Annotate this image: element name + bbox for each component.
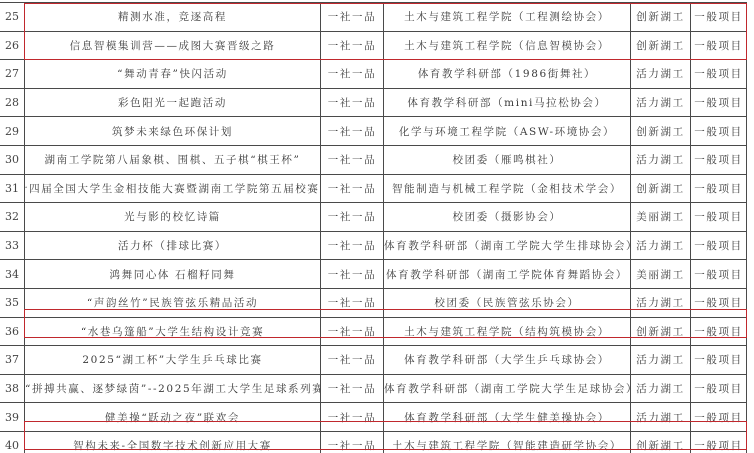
cell-category[interactable]: 一社一品 xyxy=(321,346,384,375)
table-row: 38“拼搏共赢、逐梦绿茵”--2025年湖工大学生足球系列赛事一社一品体育教学科… xyxy=(0,374,747,403)
cell-organizer[interactable]: 体育教学科研部（湖南工学院大学生足球协会） xyxy=(384,374,631,403)
cell-organizer[interactable]: 校团委（雁鸣棋社） xyxy=(384,145,631,174)
cell-number[interactable]: 37 xyxy=(0,346,25,375)
cell-category[interactable]: 一社一品 xyxy=(321,317,384,346)
cell-category[interactable]: 一社一品 xyxy=(321,31,384,60)
cell-project-name[interactable]: “声韵丝竹”民族管弦乐精品活动 xyxy=(25,288,321,317)
cell-level[interactable]: 一般项目 xyxy=(691,346,747,375)
table-row: 32光与影的校忆诗篇一社一品校团委（摄影协会）美丽湖工一般项目 xyxy=(0,203,747,232)
cell-level[interactable]: 一般项目 xyxy=(691,117,747,146)
cell-project-name[interactable]: 活力杯（排球比赛） xyxy=(25,231,321,260)
cell-theme[interactable]: 活力湖工 xyxy=(631,231,691,260)
cell-category[interactable]: 一社一品 xyxy=(321,88,384,117)
cell-theme[interactable]: 活力湖工 xyxy=(631,88,691,117)
cell-organizer[interactable]: 智能制造与机械工程学院（金相技术学会） xyxy=(384,174,631,203)
cell-number[interactable]: 39 xyxy=(0,403,25,432)
table-row: 35“声韵丝竹”民族管弦乐精品活动一社一品校团委（民族管弦乐协会）活力湖工一般项… xyxy=(0,288,747,317)
cell-category[interactable]: 一社一品 xyxy=(321,288,384,317)
cell-category[interactable]: 一社一品 xyxy=(321,145,384,174)
cell-project-name[interactable]: 筑梦未来绿色环保计划 xyxy=(25,117,321,146)
cell-organizer[interactable]: 体育教学科研部（大学生健美操协会） xyxy=(384,403,631,432)
cell-organizer[interactable]: 体育教学科研部（1986街舞社） xyxy=(384,60,631,89)
cell-project-name[interactable]: “舞动青春”快闪活动 xyxy=(25,60,321,89)
table-row: 27“舞动青春”快闪活动一社一品体育教学科研部（1986街舞社）活力湖工一般项目 xyxy=(0,60,747,89)
cell-number[interactable]: 31 xyxy=(0,174,25,203)
cell-number[interactable]: 38 xyxy=(0,374,25,403)
cell-category[interactable]: 一社一品 xyxy=(321,60,384,89)
cell-project-name[interactable]: “拼搏共赢、逐梦绿茵”--2025年湖工大学生足球系列赛事 xyxy=(25,374,321,403)
cell-organizer[interactable]: 校团委（民族管弦乐协会） xyxy=(384,288,631,317)
table-row: 28彩色阳光一起跑活动一社一品体育教学科研部（mini马拉松协会）活力湖工一般项… xyxy=(0,88,747,117)
cell-theme[interactable]: 活力湖工 xyxy=(631,403,691,432)
table-row: 40智构未来-全国数字技术创新应用大赛一社一品土木与建筑工程学院（智能建造研学协… xyxy=(0,431,747,453)
table-row: 39健美操“跃动之夜”联欢会一社一品体育教学科研部（大学生健美操协会）活力湖工一… xyxy=(0,403,747,432)
cell-theme[interactable]: 活力湖工 xyxy=(631,288,691,317)
cell-project-name[interactable]: 十四届全国大学生金相技能大赛暨湖南工学院第五届校赛选拔 xyxy=(25,174,321,203)
cell-number[interactable]: 35 xyxy=(0,288,25,317)
cell-category[interactable]: 一社一品 xyxy=(321,174,384,203)
cell-level[interactable]: 一般项目 xyxy=(691,60,747,89)
cell-project-name[interactable]: 光与影的校忆诗篇 xyxy=(25,203,321,232)
cell-number[interactable]: 36 xyxy=(0,317,25,346)
cell-organizer[interactable]: 校团委（摄影协会） xyxy=(384,203,631,232)
page-margin xyxy=(747,0,754,453)
project-table: 25精测水准，竞逐高程一社一品土木与建筑工程学院（工程测绘协会）创新湖工一般项目… xyxy=(0,2,747,453)
cell-theme[interactable]: 创新湖工 xyxy=(631,317,691,346)
cell-number[interactable]: 28 xyxy=(0,88,25,117)
cell-level[interactable]: 一般项目 xyxy=(691,203,747,232)
cell-level[interactable]: 一般项目 xyxy=(691,403,747,432)
cell-organizer[interactable]: 体育教学科研部（湖南工学院大学生排球协会） xyxy=(384,231,631,260)
cell-level[interactable]: 一般项目 xyxy=(691,431,747,453)
table-body: 25精测水准，竞逐高程一社一品土木与建筑工程学院（工程测绘协会）创新湖工一般项目… xyxy=(0,3,747,453)
cell-level[interactable]: 一般项目 xyxy=(691,288,747,317)
cell-theme[interactable]: 美丽湖工 xyxy=(631,203,691,232)
cell-organizer[interactable]: 土木与建筑工程学院（信息智模协会） xyxy=(384,31,631,60)
table-row: 29筑梦未来绿色环保计划一社一品化学与环境工程学院（ASW-环境协会）创新湖工一… xyxy=(0,117,747,146)
cell-theme[interactable]: 活力湖工 xyxy=(631,374,691,403)
cell-level[interactable]: 一般项目 xyxy=(691,374,747,403)
cell-level[interactable]: 一般项目 xyxy=(691,260,747,289)
table-row: 372025“湖工杯”大学生乒乓球比赛一社一品体育教学科研部（大学生乒乓球协会）… xyxy=(0,346,747,375)
cell-level[interactable]: 一般项目 xyxy=(691,88,747,117)
cell-level[interactable]: 一般项目 xyxy=(691,231,747,260)
cell-level[interactable]: 一般项目 xyxy=(691,317,747,346)
cell-category[interactable]: 一社一品 xyxy=(321,431,384,453)
cell-organizer[interactable]: 化学与环境工程学院（ASW-环境协会） xyxy=(384,117,631,146)
cell-project-name[interactable]: 精测水准，竞逐高程 xyxy=(25,3,321,32)
cell-level[interactable]: 一般项目 xyxy=(691,145,747,174)
cell-organizer[interactable]: 体育教学科研部（mini马拉松协会） xyxy=(384,88,631,117)
cell-number[interactable]: 27 xyxy=(0,60,25,89)
cell-category[interactable]: 一社一品 xyxy=(321,3,384,32)
table-row: 30湖南工学院第八届象棋、围棋、五子棋“棋王杯”一社一品校团委（雁鸣棋社）活力湖… xyxy=(0,145,747,174)
cell-project-name[interactable]: 鸿舞同心体 石榴籽同舞 xyxy=(25,260,321,289)
table-row: 34鸿舞同心体 石榴籽同舞一社一品体育教学科研部（湖南工学院体育舞蹈协会）美丽湖… xyxy=(0,260,747,289)
cell-level[interactable]: 一般项目 xyxy=(691,3,747,32)
cell-category[interactable]: 一社一品 xyxy=(321,260,384,289)
cell-text: 十四届全国大学生金相技能大赛暨湖南工学院第五届校赛选拔 xyxy=(25,181,321,196)
cell-number[interactable]: 32 xyxy=(0,203,25,232)
cell-organizer[interactable]: 土木与建筑工程学院（结构筑模协会） xyxy=(384,317,631,346)
cell-project-name[interactable]: 智构未来-全国数字技术创新应用大赛 xyxy=(25,431,321,453)
table-row: 26信息智模集训营——成图大赛晋级之路一社一品土木与建筑工程学院（信息智模协会）… xyxy=(0,31,747,60)
cell-theme[interactable]: 活力湖工 xyxy=(631,346,691,375)
cell-number[interactable]: 40 xyxy=(0,431,25,453)
cell-number[interactable]: 34 xyxy=(0,260,25,289)
table-row: 25精测水准，竞逐高程一社一品土木与建筑工程学院（工程测绘协会）创新湖工一般项目 xyxy=(0,3,747,32)
cell-level[interactable]: 一般项目 xyxy=(691,174,747,203)
cell-theme[interactable]: 创新湖工 xyxy=(631,3,691,32)
cell-theme[interactable]: 创新湖工 xyxy=(631,174,691,203)
cell-category[interactable]: 一社一品 xyxy=(321,403,384,432)
cell-theme[interactable]: 活力湖工 xyxy=(631,60,691,89)
cell-theme[interactable]: 活力湖工 xyxy=(631,145,691,174)
cell-theme[interactable]: 创新湖工 xyxy=(631,431,691,453)
table-row: 33活力杯（排球比赛）一社一品体育教学科研部（湖南工学院大学生排球协会）活力湖工… xyxy=(0,231,747,260)
cell-project-name[interactable]: 健美操“跃动之夜”联欢会 xyxy=(25,403,321,432)
cell-level[interactable]: 一般项目 xyxy=(691,31,747,60)
table-row: 36“水巷乌篷船”大学生结构设计竞赛一社一品土木与建筑工程学院（结构筑模协会）创… xyxy=(0,317,747,346)
cell-theme[interactable]: 创新湖工 xyxy=(631,117,691,146)
cell-category[interactable]: 一社一品 xyxy=(321,231,384,260)
cell-project-name[interactable]: 湖南工学院第八届象棋、围棋、五子棋“棋王杯” xyxy=(25,145,321,174)
cell-category[interactable]: 一社一品 xyxy=(321,117,384,146)
cell-theme[interactable]: 美丽湖工 xyxy=(631,260,691,289)
cell-number[interactable]: 26 xyxy=(0,31,25,60)
cell-theme[interactable]: 创新湖工 xyxy=(631,31,691,60)
cell-project-name[interactable]: 彩色阳光一起跑活动 xyxy=(25,88,321,117)
cell-number[interactable]: 33 xyxy=(0,231,25,260)
cell-number[interactable]: 29 xyxy=(0,117,25,146)
cell-project-name[interactable]: 2025“湖工杯”大学生乒乓球比赛 xyxy=(25,346,321,375)
cell-number[interactable]: 30 xyxy=(0,145,25,174)
cell-project-name[interactable]: 信息智模集训营——成图大赛晋级之路 xyxy=(25,31,321,60)
cell-organizer[interactable]: 土木与建筑工程学院（工程测绘协会） xyxy=(384,3,631,32)
cell-category[interactable]: 一社一品 xyxy=(321,374,384,403)
cell-project-name[interactable]: “水巷乌篷船”大学生结构设计竞赛 xyxy=(25,317,321,346)
cell-number[interactable]: 25 xyxy=(0,3,25,32)
cell-category[interactable]: 一社一品 xyxy=(321,203,384,232)
cell-organizer[interactable]: 土木与建筑工程学院（智能建造研学协会） xyxy=(384,431,631,453)
spreadsheet-view: 25精测水准，竞逐高程一社一品土木与建筑工程学院（工程测绘协会）创新湖工一般项目… xyxy=(0,0,754,453)
cell-organizer[interactable]: 体育教学科研部（大学生乒乓球协会） xyxy=(384,346,631,375)
cell-organizer[interactable]: 体育教学科研部（湖南工学院体育舞蹈协会） xyxy=(384,260,631,289)
table-row: 31十四届全国大学生金相技能大赛暨湖南工学院第五届校赛选拔一社一品智能制造与机械… xyxy=(0,174,747,203)
